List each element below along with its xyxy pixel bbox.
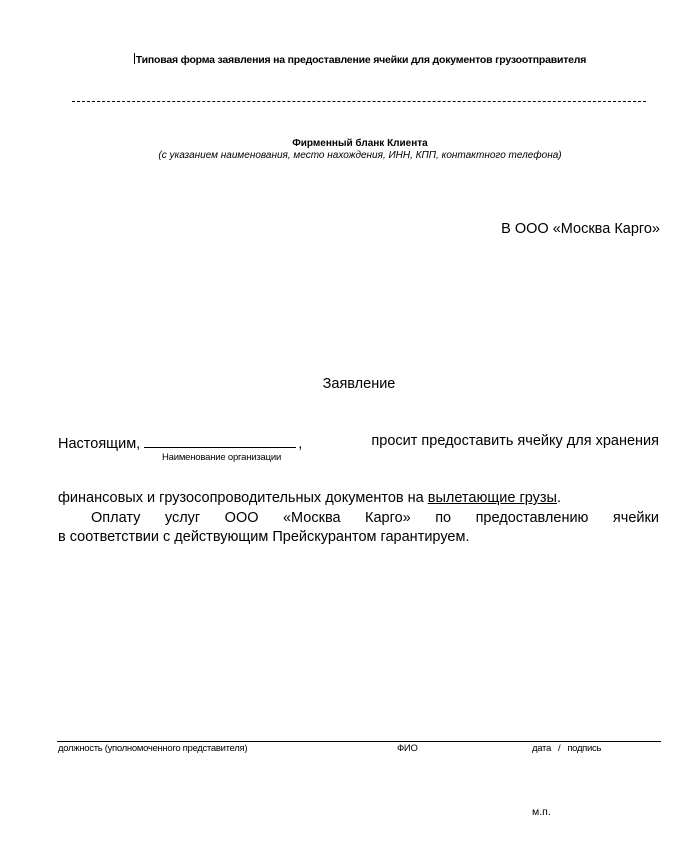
word: Оплату [58, 510, 140, 526]
body-line-1-start: Настоящим,, [58, 433, 302, 452]
organization-field-caption: Наименование организации [162, 452, 281, 463]
cargo-type-underlined: вылетающие грузы [428, 490, 557, 506]
comma: , [298, 436, 302, 452]
word: «Москва [283, 510, 341, 526]
full-name-label: ФИО [397, 743, 418, 754]
date-signature-label: дата / подпись [532, 743, 601, 754]
signature-line[interactable] [57, 741, 661, 742]
intro-text: Настоящим, [58, 436, 140, 452]
word: услуг [165, 510, 200, 526]
body-line-2-end: . [557, 490, 561, 506]
form-title-text: Типовая форма заявления на предоставлени… [136, 54, 586, 66]
body-line-3: Оплату услуг ООО «Москва Карго» по предо… [58, 510, 659, 526]
word: Карго» [365, 510, 411, 526]
organization-name-field[interactable] [144, 433, 296, 448]
body-line-2-start: финансовых и грузосопроводительных докум… [58, 490, 428, 506]
document-heading: Заявление [0, 376, 682, 392]
body-line-1: Настоящим,, просит предоставить ячейку д… [58, 433, 659, 452]
stamp-place-label: м.п. [532, 806, 551, 818]
letterhead-hint: (с указанием наименования, место нахожде… [0, 150, 682, 161]
word: ячейки [613, 510, 659, 526]
form-title: Типовая форма заявления на предоставлени… [0, 53, 682, 66]
body-line-2: финансовых и грузосопроводительных докум… [58, 490, 659, 506]
text-cursor-icon [134, 53, 135, 64]
cut-line-divider [72, 101, 646, 102]
word: ООО [225, 510, 259, 526]
addressee: В ООО «Москва Карго» [501, 221, 660, 237]
body-line-4: в соответствии с действующим Прейскурант… [58, 529, 659, 545]
word: по [435, 510, 451, 526]
position-label: должность (уполномоченного представителя… [58, 743, 247, 754]
word: предоставлению [476, 510, 589, 526]
letterhead-title: Фирменный бланк Клиента [0, 138, 682, 149]
body-line-1-end: просит предоставить ячейку для хранения [371, 433, 659, 452]
